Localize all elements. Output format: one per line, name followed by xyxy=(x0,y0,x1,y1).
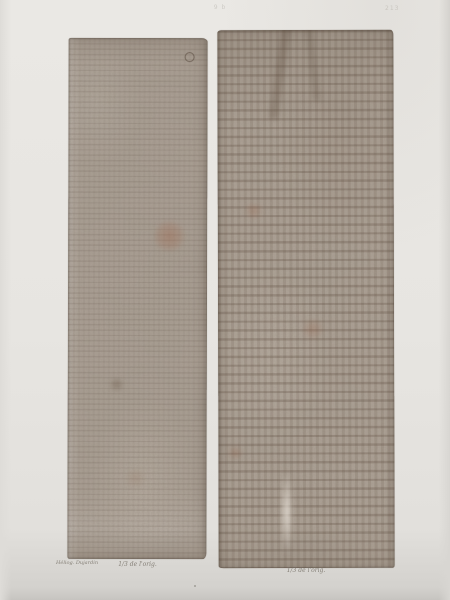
manuscript-strip-left xyxy=(67,38,207,559)
page-speck xyxy=(194,585,196,587)
print-edge-vignette xyxy=(67,38,207,559)
plate-number-center: 9 b xyxy=(196,4,244,11)
manuscript-strip-right xyxy=(217,30,394,568)
facsimile-plate-page: 9 b 213 Héliog. Dujardin 1/3 de l'orig. … xyxy=(0,0,450,600)
print-edge-vignette xyxy=(217,30,394,568)
scale-caption-right: 1/3 de l'orig. xyxy=(218,568,394,574)
scale-caption-left: 1/3 de l'orig. xyxy=(68,562,207,568)
plate-number-right: 213 xyxy=(385,5,399,12)
